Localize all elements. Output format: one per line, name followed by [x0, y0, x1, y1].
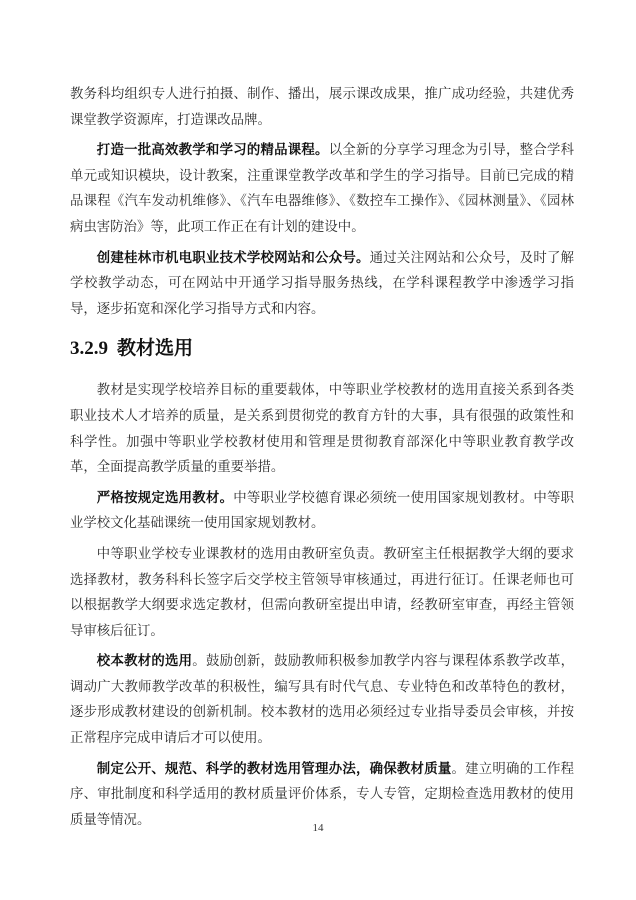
paragraph-regulated-selection: 严格按规定选用教材。中等职业学校德育课必须统一使用国家规划教材。中等职业学校文化… — [70, 486, 574, 537]
paragraph-school-textbooks: 校本教材的选用。鼓励创新，鼓励教师积极参加教学内容与课程体系教学改革，调动广大教… — [70, 649, 574, 751]
paragraph-text: 教材是实现学校培养目标的重要载体，中等职业学校教材的选用直接关系到各类职业技术人… — [70, 383, 574, 475]
paragraph-text: 教务科均组织专人进行拍摄、制作、播出，展示课改成果，推广成功经验，共建优秀课堂教… — [70, 87, 574, 128]
section-title: 教材选用 — [117, 338, 193, 359]
page-body: 教务科均组织专人进行拍摄、制作、播出，展示课改成果，推广成功经验，共建优秀课堂教… — [70, 82, 574, 833]
section-heading: 3.2.9教材选用 — [70, 336, 574, 362]
paragraph-lead: 校本教材的选用 — [97, 653, 193, 669]
paragraph-text: 中等职业学校专业课教材的选用由教研室负责。教研室主任根据教学大纲的要求选择教材，… — [70, 547, 574, 639]
document-page: 教务科均组织专人进行拍摄、制作、播出，展示课改成果，推广成功经验，共建优秀课堂教… — [0, 0, 636, 900]
page-number: 14 — [0, 822, 636, 834]
paragraph-textbook-intro: 教材是实现学校培养目标的重要载体，中等职业学校教材的选用直接关系到各类职业技术人… — [70, 378, 574, 480]
paragraph-quality-courses: 打造一批高效教学和学习的精品课程。以全新的分享学习理念为引导，整合学科单元或知识… — [70, 138, 574, 240]
paragraph-lead: 严格按规定选用教材。 — [97, 490, 233, 506]
paragraph-professional-textbooks: 中等职业学校专业课教材的选用由教研室负责。教研室主任根据教学大纲的要求选择教材，… — [70, 542, 574, 644]
paragraph-lead: 打造一批高效教学和学习的精品课程。 — [97, 142, 329, 158]
paragraph-lead: 制定公开、规范、科学的教材选用管理办法，确保教材质量 — [97, 761, 452, 777]
section-number: 3.2.9 — [70, 338, 108, 359]
paragraph-continuation: 教务科均组织专人进行拍摄、制作、播出，展示课改成果，推广成功经验，共建优秀课堂教… — [70, 82, 574, 133]
paragraph-lead: 创建桂林市机电职业技术学校网站和公众号。 — [97, 250, 370, 266]
paragraph-website: 创建桂林市机电职业技术学校网站和公众号。通过关注网站和公众号，及时了解学校教学动… — [70, 246, 574, 323]
